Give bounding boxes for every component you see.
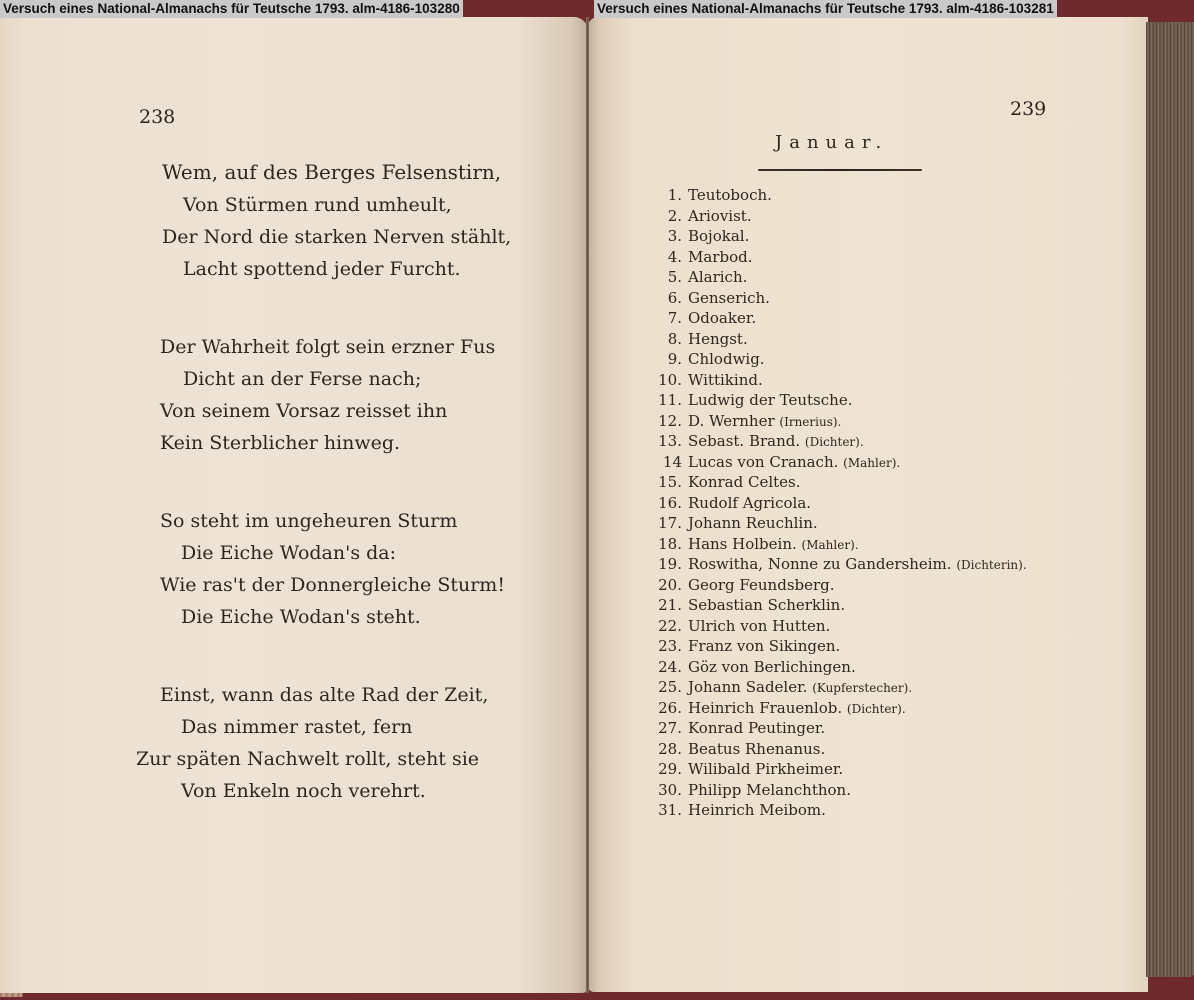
poem-line: Das nimmer rastet, fern	[181, 716, 412, 738]
entry-number: 16.	[652, 494, 682, 512]
list-item: 2.Ariovist.	[652, 207, 752, 225]
entry-number: 4.	[652, 248, 682, 266]
entry-number: 26.	[652, 699, 682, 717]
entry-number: 9.	[652, 350, 682, 368]
book-gutter	[586, 17, 589, 993]
entry-name: Ulrich von Hutten.	[688, 617, 830, 635]
entry-note: (Dichterin).	[956, 558, 1026, 572]
poem-line: Von Enkeln noch verehrt.	[181, 780, 426, 802]
poem-line: Die Eiche Wodan's steht.	[181, 606, 421, 628]
list-item: 19.Roswitha, Nonne zu Gandersheim. (Dich…	[652, 555, 1027, 573]
entry-name: Göz von Berlichingen.	[688, 658, 856, 676]
list-item: 24.Göz von Berlichingen.	[652, 658, 856, 676]
list-item: 5.Alarich.	[652, 268, 747, 286]
entry-number: 1.	[652, 186, 682, 204]
poem-line: Wem, auf des Berges Felsenstirn,	[162, 160, 501, 184]
entry-number: 21.	[652, 596, 682, 614]
entry-number: 24.	[652, 658, 682, 676]
list-item: 29.Wilibald Pirkheimer.	[652, 760, 843, 778]
list-item: 28.Beatus Rhenanus.	[652, 740, 825, 758]
entry-name: Sebast. Brand.	[688, 432, 800, 450]
entry-name: Odoaker.	[688, 309, 756, 327]
entry-number: 3.	[652, 227, 682, 245]
entry-number: 18.	[652, 535, 682, 553]
list-item: 11.Ludwig der Teutsche.	[652, 391, 852, 409]
entry-name: Franz von Sikingen.	[688, 637, 840, 655]
page-number-left: 238	[139, 106, 175, 128]
entry-number: 12.	[652, 412, 682, 430]
list-item: 15.Konrad Celtes.	[652, 473, 801, 491]
list-item: 7.Odoaker.	[652, 309, 756, 327]
entry-number: 13.	[652, 432, 682, 450]
list-item: 30.Philipp Melanchthon.	[652, 781, 851, 799]
list-item: 31.Heinrich Meibom.	[652, 801, 826, 819]
heading-rule	[758, 169, 922, 171]
entry-name: Rudolf Agricola.	[688, 494, 811, 512]
entry-number: 19.	[652, 555, 682, 573]
entry-name: Hans Holbein.	[688, 535, 797, 553]
entry-name: Heinrich Meibom.	[688, 801, 826, 819]
entry-number: 14	[652, 453, 682, 471]
entry-name: Sebastian Scherklin.	[688, 596, 845, 614]
entry-number: 17.	[652, 514, 682, 532]
list-item: 10.Wittikind.	[652, 371, 763, 389]
poem-line: Einst, wann das alte Rad der Zeit,	[160, 684, 488, 706]
entry-number: 23.	[652, 637, 682, 655]
entry-number: 31.	[652, 801, 682, 819]
list-item: 20.Georg Feundsberg.	[652, 576, 835, 594]
entry-name: Heinrich Frauenlob.	[688, 699, 842, 717]
entry-note: (Kupferstecher).	[812, 681, 912, 695]
list-item: 4.Marbod.	[652, 248, 752, 266]
left-page-caption: Versuch eines National-Almanachs für Teu…	[0, 0, 463, 18]
poem-line: Die Eiche Wodan's da:	[181, 542, 396, 564]
list-item: 9.Chlodwig.	[652, 350, 765, 368]
list-item: 6.Genserich.	[652, 289, 770, 307]
entry-number: 29.	[652, 760, 682, 778]
page-number-right: 239	[1010, 98, 1046, 120]
entry-number: 2.	[652, 207, 682, 225]
entry-number: 27.	[652, 719, 682, 737]
entry-note: (Mahler).	[843, 456, 900, 470]
entry-name: Teutoboch.	[688, 186, 772, 204]
entry-number: 28.	[652, 740, 682, 758]
list-item: 16.Rudolf Agricola.	[652, 494, 811, 512]
entry-number: 25.	[652, 678, 682, 696]
entry-name: Johann Sadeler.	[688, 678, 807, 696]
entry-name: Hengst.	[688, 330, 748, 348]
entry-number: 6.	[652, 289, 682, 307]
list-item: 21.Sebastian Scherklin.	[652, 596, 845, 614]
entry-number: 15.	[652, 473, 682, 491]
entry-number: 30.	[652, 781, 682, 799]
entry-note: (Irnerius).	[779, 415, 841, 429]
entry-name: Beatus Rhenanus.	[688, 740, 825, 758]
entry-name: Georg Feundsberg.	[688, 576, 835, 594]
entry-number: 20.	[652, 576, 682, 594]
entry-name: Bojokal.	[688, 227, 749, 245]
list-item: 25.Johann Sadeler. (Kupferstecher).	[652, 678, 912, 696]
entry-name: Konrad Celtes.	[688, 473, 801, 491]
entry-note: (Dichter).	[805, 435, 864, 449]
month-heading: Januar.	[775, 132, 888, 153]
poem-line: Dicht an der Ferse nach;	[183, 368, 421, 390]
list-item: 12.D. Wernher (Irnerius).	[652, 412, 841, 430]
entry-name: D. Wernher	[688, 412, 775, 430]
entry-number: 22.	[652, 617, 682, 635]
entry-name: Genserich.	[688, 289, 770, 307]
poem-line: So steht im ungeheuren Sturm	[160, 510, 457, 532]
poem-line: Der Nord die starken Nerven stählt,	[162, 226, 511, 248]
entry-name: Chlodwig.	[688, 350, 765, 368]
entry-name: Wittikind.	[688, 371, 763, 389]
poem-line: Zur späten Nachwelt rollt, steht sie	[136, 748, 479, 770]
entry-number: 7.	[652, 309, 682, 327]
entry-name: Ludwig der Teutsche.	[688, 391, 852, 409]
poem-line: Von Stürmen rund umheult,	[183, 194, 452, 216]
entry-name: Alarich.	[688, 268, 747, 286]
poem-line: Von seinem Vorsaz reisset ihn	[160, 400, 447, 422]
poem-line: Wie ras't der Donnergleiche Sturm!	[160, 574, 505, 596]
list-item: 17.Johann Reuchlin.	[652, 514, 818, 532]
list-item: 18.Hans Holbein. (Mahler).	[652, 535, 859, 553]
list-item: 22.Ulrich von Hutten.	[652, 617, 830, 635]
list-item: 23.Franz von Sikingen.	[652, 637, 840, 655]
list-item: 1.Teutoboch.	[652, 186, 772, 204]
right-page-caption: Versuch eines National-Almanachs für Teu…	[594, 0, 1057, 18]
poem-line: Kein Sterblicher hinweg.	[160, 432, 400, 454]
list-item: 26.Heinrich Frauenlob. (Dichter).	[652, 699, 906, 717]
entry-number: 11.	[652, 391, 682, 409]
entry-name: Wilibald Pirkheimer.	[688, 760, 843, 778]
entry-name: Roswitha, Nonne zu Gandersheim.	[688, 555, 952, 573]
entry-name: Ariovist.	[688, 207, 752, 225]
entry-name: Philipp Melanchthon.	[688, 781, 851, 799]
entry-note: (Dichter).	[847, 702, 906, 716]
list-item: 3.Bojokal.	[652, 227, 749, 245]
list-item: 27.Konrad Peutinger.	[652, 719, 825, 737]
poem-line: Der Wahrheit folgt sein erzner Fus	[160, 336, 495, 358]
entry-name: Marbod.	[688, 248, 752, 266]
poem-line: Lacht spottend jeder Furcht.	[183, 258, 461, 280]
entry-name: Konrad Peutinger.	[688, 719, 825, 737]
list-item: 8.Hengst.	[652, 330, 748, 348]
list-item: 14Lucas von Cranach. (Mahler).	[652, 453, 900, 471]
entry-note: (Mahler).	[802, 538, 859, 552]
entry-number: 8.	[652, 330, 682, 348]
entry-number: 5.	[652, 268, 682, 286]
entry-name: Lucas von Cranach.	[688, 453, 838, 471]
right-page-edges	[1146, 22, 1194, 977]
entry-number: 10.	[652, 371, 682, 389]
list-item: 13.Sebast. Brand. (Dichter).	[652, 432, 864, 450]
entry-name: Johann Reuchlin.	[688, 514, 818, 532]
